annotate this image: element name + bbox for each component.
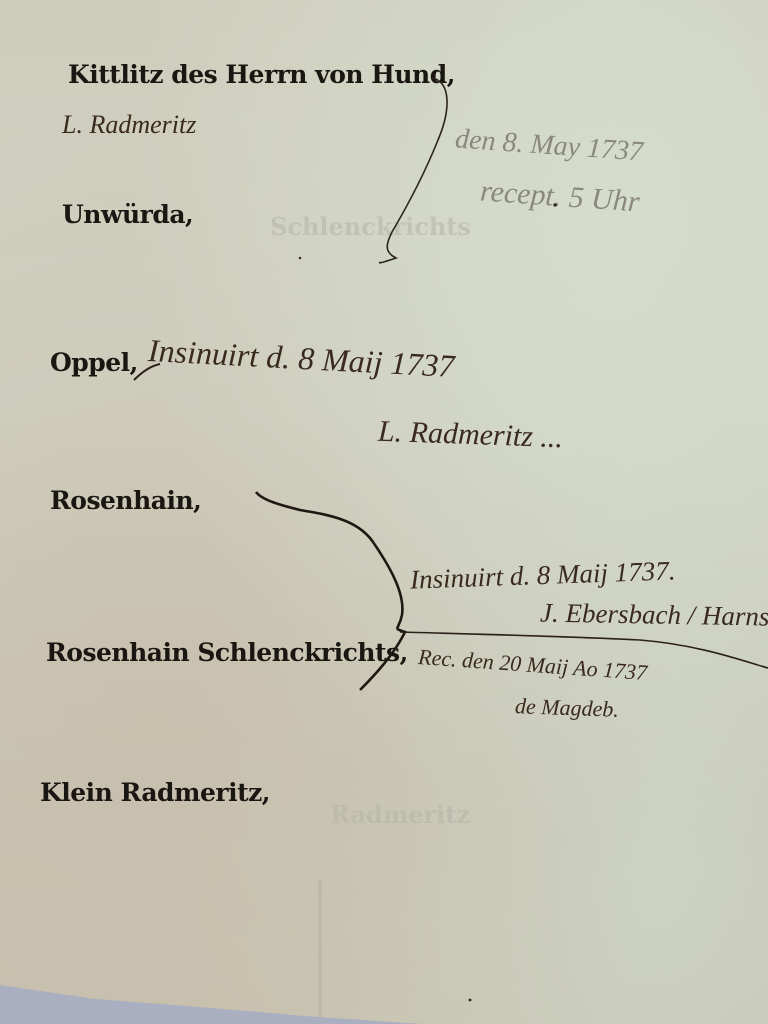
brace-stroke-middle bbox=[256, 492, 405, 690]
ink-strokes bbox=[0, 0, 768, 1024]
underline-stroke bbox=[400, 632, 768, 668]
brace-stroke-top bbox=[380, 78, 447, 263]
ink-flourish bbox=[134, 364, 160, 380]
